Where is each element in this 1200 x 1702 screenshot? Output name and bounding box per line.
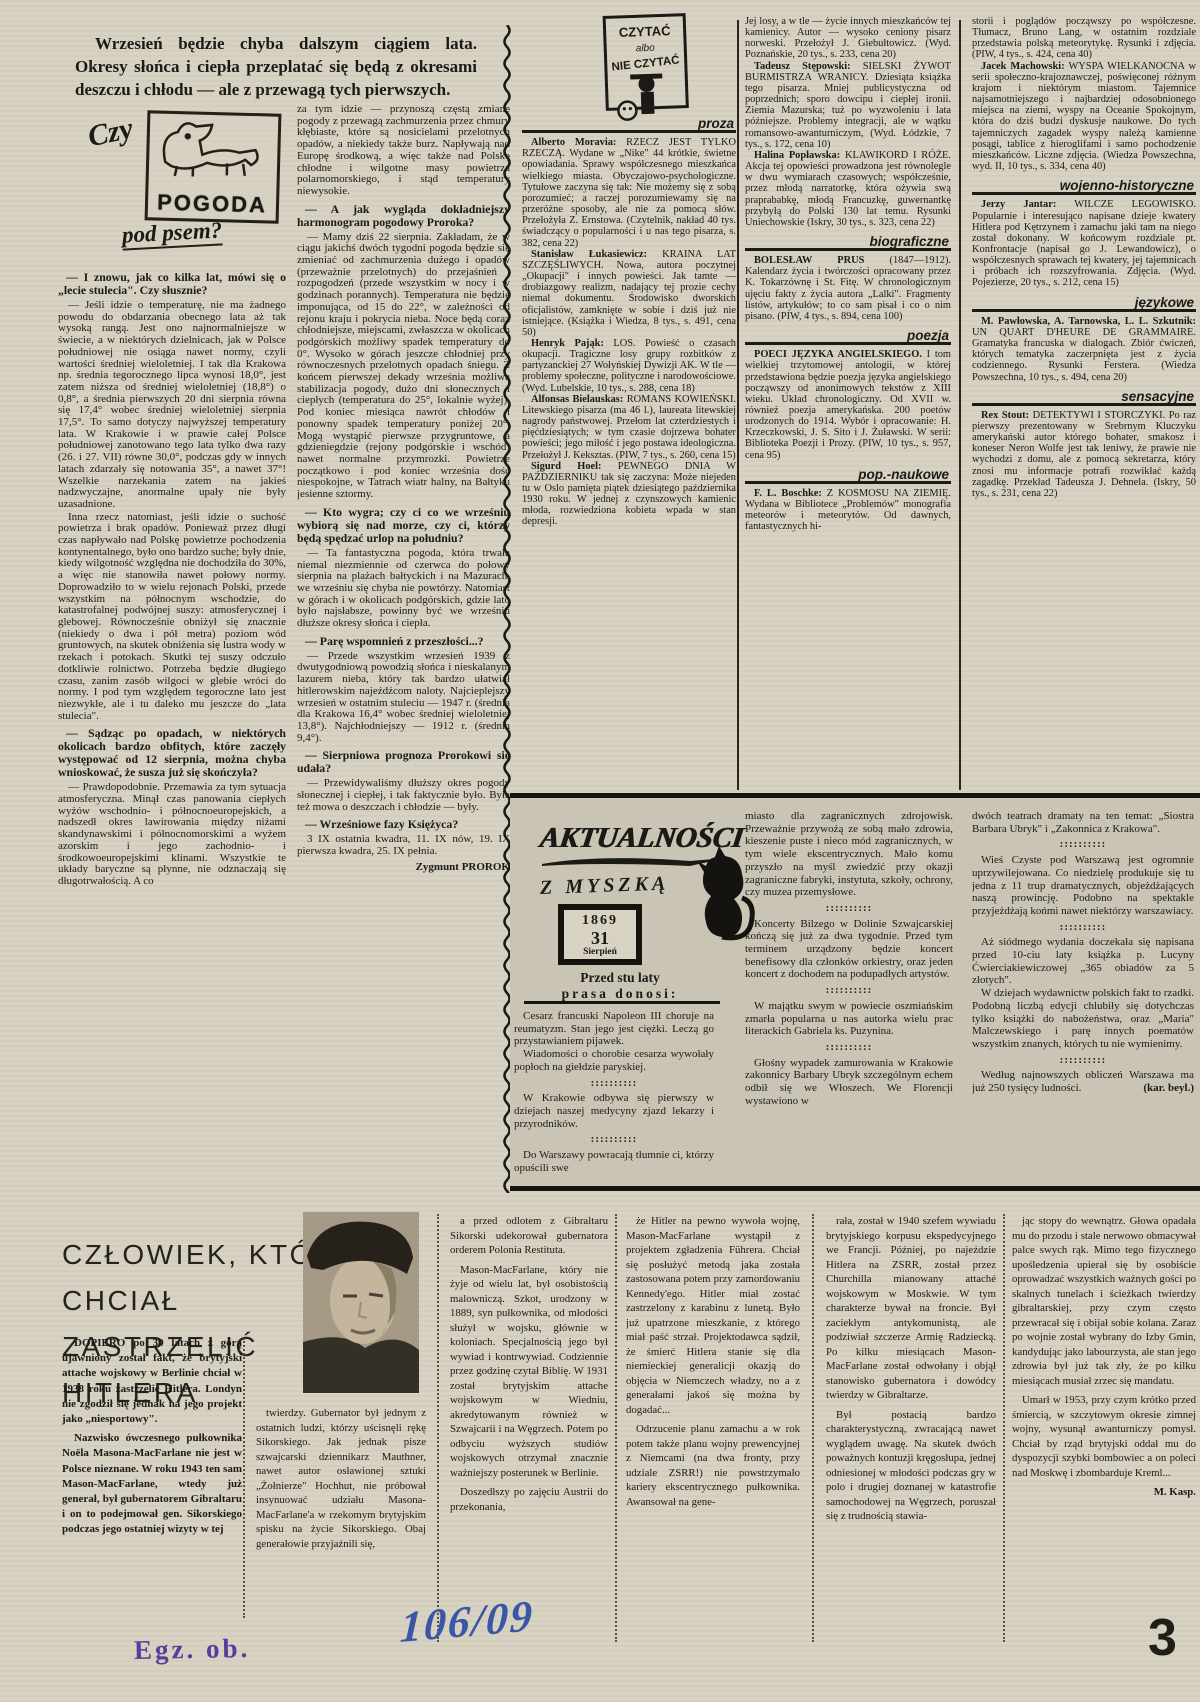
- review-entry: Stanisław Łukasiewicz: KRAINA LAT SZCZĘŚ…: [522, 249, 736, 338]
- article-column-c: a przed odlotem z Gibraltaru Sikorski ud…: [450, 1214, 608, 1644]
- paragraph: Jej losy, a w tle — życie innych mieszka…: [745, 16, 951, 61]
- paragraph: W Krakowie odbywa się pierwszy w dziejac…: [514, 1092, 714, 1130]
- aktualnosci-heading-line2: prasa donosi:: [520, 986, 720, 1002]
- aktualnosci-heading: Przed stu laty prasa donosi:: [520, 970, 720, 1002]
- weather-logo: Czy POGODA pod psem?: [88, 116, 288, 266]
- paragraph: twierdzy. Gubernator był jednym z ostatn…: [256, 1406, 426, 1551]
- rule: [524, 1001, 720, 1004]
- paragraph: Mason-MacFarlane, który nie żyje od wiel…: [450, 1263, 608, 1481]
- svg-text:albo: albo: [636, 43, 656, 55]
- weather-logo-title: POGODA: [148, 189, 277, 218]
- paragraph: Koncerty Bilzego w Dolinie Szwajcarskiej…: [745, 918, 953, 982]
- dots-divider: ::::::::::: [745, 1041, 953, 1054]
- paragraph: Był postacią bardzo charakterystyczną, z…: [826, 1408, 996, 1524]
- aktualnosci-column-1: Cesarz francuski Napoleon III choruje na…: [514, 1010, 714, 1182]
- dots-divider: ::::::::::: [972, 1054, 1194, 1067]
- review-entry: M. Pawłowska, A. Tarnowska, L. L. Szkutn…: [972, 316, 1196, 383]
- weather-logo-czy: Czy: [85, 112, 136, 155]
- review-entry: Jacek Machowski: WYSPA WIELKANOCNA w ser…: [972, 61, 1196, 173]
- calendar-month: Sierpień: [564, 947, 636, 957]
- portrait-photo: [303, 1212, 419, 1393]
- paragraph: Odrzucenie planu zamachu a w rok potem t…: [626, 1422, 800, 1509]
- dotted-separator: [1003, 1214, 1005, 1642]
- paragraph: za tym idzie — przynoszą częstą zmianę p…: [297, 104, 510, 198]
- paragraph: — Jeśli idzie o temperaturę, nie ma żadn…: [58, 300, 286, 511]
- aktualnosci-box: AKTUALNOŚCI Z MYSZKĄ 1869 31 Sierpień Pr…: [510, 793, 1200, 1191]
- paragraph: Nazwisko ówczesnego pułkownika Noëla Mas…: [62, 1431, 242, 1537]
- review-entry: Tadeusz Stępowski: SIELSKI ŻYWOT BURMIST…: [745, 61, 951, 150]
- dotted-separator: [437, 1214, 439, 1642]
- dog-icon: [149, 113, 271, 182]
- weather-column-1: — I znowu, jak co kilka lat, mówi się o …: [58, 266, 286, 1206]
- paragraph: — Mamy dziś 22 sierpnia. Zakładam, że w …: [297, 232, 510, 501]
- paragraph: Inna rzecz natomiast, jeśli idzie o such…: [58, 512, 286, 723]
- subhead: — Kto wygra; czy ci co we wrześniu wybio…: [297, 506, 510, 545]
- section-header: biograficzne: [745, 233, 951, 251]
- paragraph: dwóch teatrach dramaty na ten temat: „Si…: [972, 810, 1194, 835]
- paragraph: — Przede wszystkim wrzesień 1939 z dwuty…: [297, 651, 510, 745]
- reviews-column-proza: prozaAlberto Moravia: RZECZ JEST TYLKO R…: [522, 110, 736, 794]
- paragraph: jąc stopy do wewnątrz. Głowa opadała mu …: [1012, 1214, 1196, 1388]
- dog-drawing-frame: POGODA: [145, 110, 282, 223]
- aktualnosci-column-2: miasto dla zagranicznych zdrojowisk. Prz…: [745, 810, 953, 1182]
- dots-divider: ::::::::::: [972, 838, 1194, 851]
- paragraph: Wiadomości o chorobie cesarza wywołały p…: [514, 1048, 714, 1073]
- column-rule: [737, 20, 739, 790]
- svg-text:NIE CZYTAĆ: NIE CZYTAĆ: [611, 53, 680, 73]
- subhead: — Sierpniowa prognoza Prorokowi się udał…: [297, 749, 510, 775]
- weather-headline: Wrzesień będzie chyba dalszym ciągiem la…: [75, 32, 477, 101]
- section-header: pop.-naukowe: [745, 466, 951, 484]
- paragraph: — Przewidywaliśmy dłuższy okres pogody s…: [297, 778, 510, 813]
- review-entry: Alberto Moravia: RZECZ JEST TYLKO RZECZĄ…: [522, 137, 736, 249]
- section-header: sensacyjne: [972, 388, 1196, 406]
- paragraph: a przed odlotem z Gibraltaru Sikorski ud…: [450, 1214, 608, 1258]
- subhead: — I znowu, jak co kilka lat, mówi się o …: [58, 271, 286, 297]
- review-entry: POECI JĘZYKA ANGIELSKIEGO. I tom wielkie…: [745, 349, 951, 461]
- review-entry: Jerzy Jantar: WILCZE LEGOWISKO. Popularn…: [972, 199, 1196, 288]
- reviews-column-3: storii i poglądów począwszy po współczes…: [972, 16, 1196, 794]
- article-column-e: rała, został w 1940 szefem wywiadu bryty…: [826, 1214, 996, 1644]
- dotted-separator: [812, 1214, 814, 1642]
- paragraph: Do Warszawy powracają tłumnie ci, którzy…: [514, 1149, 714, 1174]
- paragraph: 3 IX ostatnia kwadra, 11. IX nów, 19. IX…: [297, 834, 510, 857]
- paragraph: że Hitler na pewno wywoła wojnę, Mason-M…: [626, 1214, 800, 1417]
- dots-divider: ::::::::::: [745, 984, 953, 997]
- dots-divider: ::::::::::: [514, 1077, 714, 1090]
- newspaper-page: Wrzesień będzie chyba dalszym ciągiem la…: [0, 0, 1200, 1702]
- dots-divider: ::::::::::: [972, 921, 1194, 934]
- section-header: proza: [522, 115, 736, 133]
- paragraph: W dziejach wydawnictw polskich fakt to r…: [972, 987, 1194, 1051]
- review-entry: BOLESŁAW PRUS (1847—1912). Kalendarz życ…: [745, 255, 951, 322]
- article-column-d: że Hitler na pewno wywoła wojnę, Mason-M…: [626, 1214, 800, 1644]
- paragraph: storii i poglądów począwszy po współczes…: [972, 16, 1196, 61]
- ownership-stamp: Egz. ob.: [134, 1633, 251, 1666]
- paragraph: W majątku swym w powiecie oszmiańskim zm…: [745, 1000, 953, 1038]
- subhead: — Parę wspomnień z przeszłości...?: [297, 635, 510, 648]
- paragraph: DOPIERO po 30 latach z górą ujawniony zo…: [62, 1336, 242, 1427]
- signature: Zygmunt PROROK: [297, 862, 510, 874]
- section-header: wojenno-historyczne: [972, 177, 1196, 195]
- article-lead: DOPIERO po 30 latach z górą ujawniony zo…: [62, 1336, 242, 1542]
- aktualnosci-column-3: dwóch teatrach dramaty na ten temat: „Si…: [972, 810, 1194, 1182]
- review-entry: F. L. Boschke: Z KOSMOSU NA ZIEMIĘ. Wyda…: [745, 488, 951, 533]
- aktualnosci-heading-line1: Przed stu laty: [520, 970, 720, 986]
- paragraph: Głośny wypadek zamurowania w Krakowie za…: [745, 1057, 953, 1108]
- paragraph: rała, został w 1940 szefem wywiadu bryty…: [826, 1214, 996, 1403]
- dotted-separator: [615, 1214, 617, 1642]
- dots-divider: ::::::::::: [514, 1133, 714, 1146]
- section-header: poezja: [745, 327, 951, 345]
- calendar-year: 1869: [564, 913, 636, 929]
- paragraph: Cesarz francuski Napoleon III choruje na…: [514, 1010, 714, 1048]
- dots-divider: ::::::::::: [745, 902, 953, 915]
- review-entry: Sigurd Hoel: PEWNEGO DNIA W PAŹDZIERNIKU…: [522, 461, 736, 528]
- column-rule: [959, 20, 961, 790]
- calendar-icon: 1869 31 Sierpień: [558, 904, 642, 965]
- dotted-separator: [243, 1338, 245, 1618]
- weather-logo-subtitle: pod psem?: [121, 217, 223, 250]
- paragraph: — Ta fantastyczna pogoda, która trwała n…: [297, 548, 510, 630]
- paragraph: Doszedłszy po zajęciu Austrii do przekon…: [450, 1485, 608, 1514]
- article-column-f: jąc stopy do wewnątrz. Głowa opadała mu …: [1012, 1214, 1196, 1644]
- paragraph: — Prawdopodobnie. Przemawia za tym sytua…: [58, 782, 286, 887]
- paragraph: Aż siódmego wydania doczekała się napisa…: [972, 936, 1194, 987]
- paragraph: Wieś Czyste pod Warszawą jest ogromnie u…: [972, 854, 1194, 918]
- signature: M. Kasp.: [1012, 1485, 1196, 1500]
- section-header: językowe: [972, 294, 1196, 312]
- page-number: 3: [1148, 1608, 1177, 1668]
- review-entry: Halina Popławska: KLAWIKORD I RÓŻE. Akcj…: [745, 150, 951, 228]
- weather-column-2: za tym idzie — przynoszą częstą zmianę p…: [297, 104, 510, 1200]
- review-entry: Alfonsas Bielauskas: ROMANS KOWIEŃSKI. L…: [522, 394, 736, 461]
- subhead: — Wrześniowe fazy Księżyca?: [297, 818, 510, 831]
- subhead: — A jak wygląda dokładniejszy harmonogra…: [297, 203, 510, 229]
- svg-text:CZYTAĆ: CZYTAĆ: [619, 23, 672, 40]
- calendar-day: 31: [564, 929, 636, 947]
- paragraph: Umarł w 1953, przy czym krótko przed śmi…: [1012, 1393, 1196, 1480]
- review-entry: Rex Stout: DETEKTYWI I STORCZYKI. Po raz…: [972, 410, 1196, 499]
- reviews-column-2: Jej losy, a w tle — życie innych mieszka…: [745, 16, 951, 794]
- review-entry: Henryk Pająk: LOS. Powieść o czasach oku…: [522, 338, 736, 394]
- subhead: — Sądząc po opadach, w niektórych okolic…: [58, 727, 286, 779]
- paragraph: miasto dla zagranicznych zdrojowisk. Prz…: [745, 810, 953, 899]
